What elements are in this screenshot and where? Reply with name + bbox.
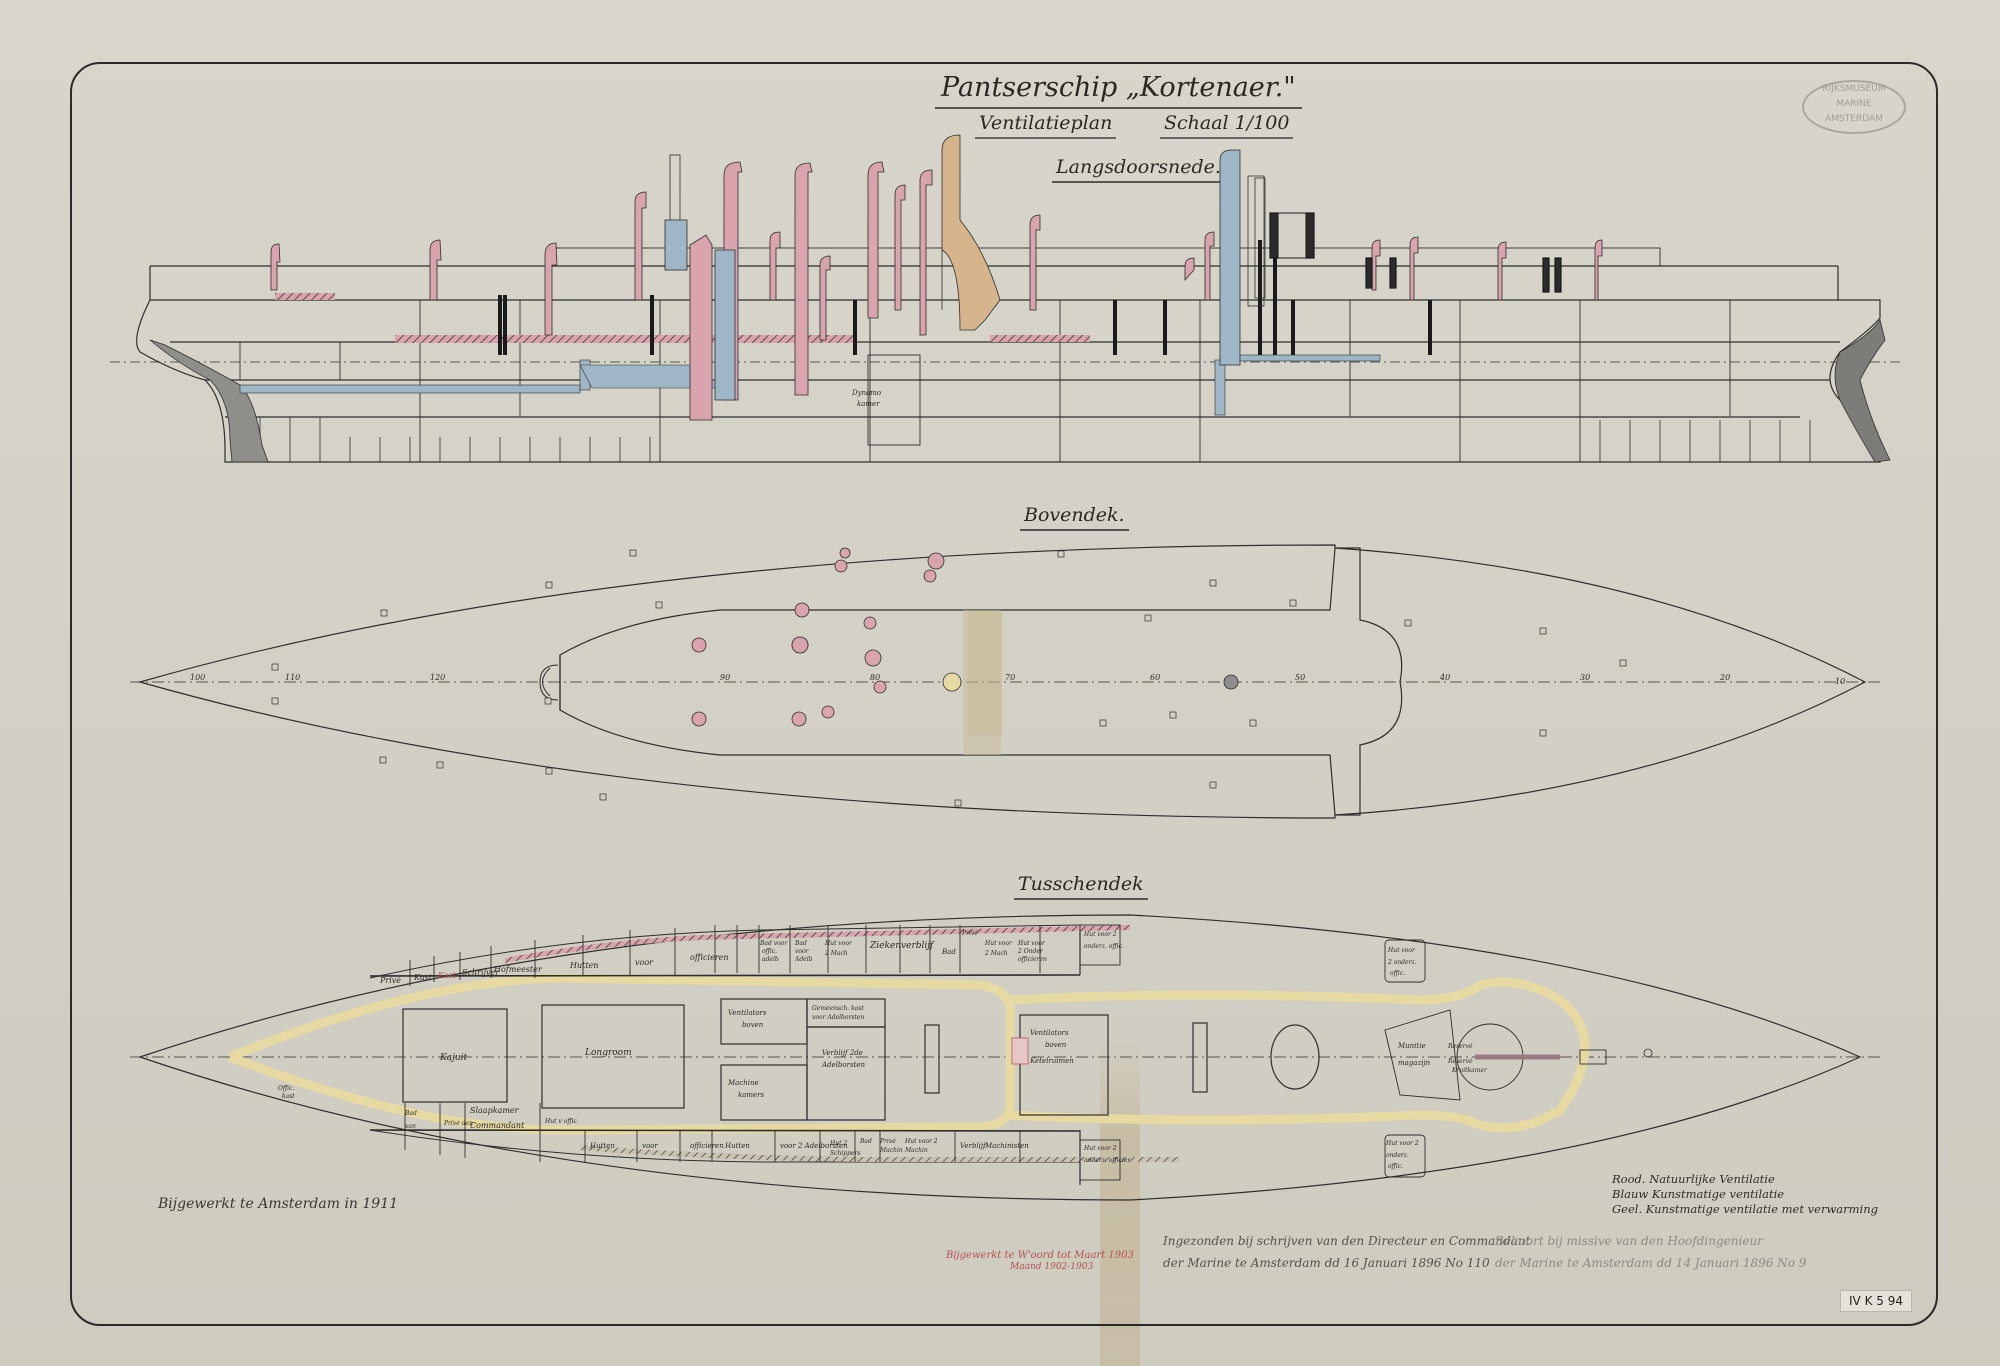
svg-text:Munitie: Munitie bbox=[1397, 1042, 1426, 1050]
svg-text:Bad: Bad bbox=[859, 1138, 872, 1145]
svg-text:Gemeensch. kast: Gemeensch. kast bbox=[812, 1005, 864, 1012]
ship-drawings: Dynamo kamer bbox=[0, 0, 2000, 1366]
svg-text:Reservé: Reservé bbox=[1447, 1043, 1473, 1050]
svg-text:boven: boven bbox=[1045, 1041, 1067, 1049]
svg-text:voor: voor bbox=[795, 948, 810, 955]
svg-text:10: 10 bbox=[1835, 677, 1845, 686]
svg-text:Hut voor 2: Hut voor 2 bbox=[1385, 1140, 1419, 1147]
svg-text:Bad voor: Bad voor bbox=[759, 940, 788, 947]
svg-text:70: 70 bbox=[1005, 673, 1015, 682]
svg-text:Schippers: Schippers bbox=[830, 1150, 860, 1157]
upper-deck-plan: 100 110120 9080 7060 5040 302010 bbox=[130, 545, 1880, 818]
between-deck-plan: PrivéKastKast SchrijverHofmeester Hutten… bbox=[130, 915, 1880, 1200]
svg-text:Hut voor 2: Hut voor 2 bbox=[1083, 931, 1117, 938]
svg-text:offic.: offic. bbox=[1388, 1163, 1403, 1170]
svg-text:Hut voor: Hut voor bbox=[1017, 940, 1046, 947]
legend-item-yellow: Geel. Kunstmatige ventilatie met verwarm… bbox=[1612, 1202, 1878, 1217]
submission-note-line2: der Marine te Amsterdam dd 16 Januari 18… bbox=[1163, 1256, 1490, 1270]
svg-text:120: 120 bbox=[430, 673, 445, 682]
svg-text:Slaapkamer: Slaapkamer bbox=[470, 1106, 520, 1115]
svg-text:van: van bbox=[405, 1123, 416, 1130]
svg-text:offic.: offic. bbox=[1390, 970, 1405, 977]
svg-text:50: 50 bbox=[1295, 673, 1305, 682]
svg-text:Ziekenverblijf: Ziekenverblijf bbox=[869, 941, 935, 951]
approval-note-line1: Behoort bij missive van den Hoofdingenie… bbox=[1495, 1234, 1763, 1248]
svg-text:officieren: officieren bbox=[690, 953, 729, 962]
svg-text:2 Onder: 2 Onder bbox=[1017, 948, 1044, 955]
svg-text:Bad: Bad bbox=[404, 1110, 417, 1117]
svg-text:2 Mach: 2 Mach bbox=[984, 950, 1008, 957]
svg-text:20: 20 bbox=[1719, 673, 1730, 682]
revision-note: Bijgewerkt te Amsterdam in 1911 bbox=[158, 1196, 398, 1212]
red-revision-note-2: Maand 1902-1903 bbox=[1010, 1262, 1093, 1272]
svg-text:onderz. offic.: onderz. offic. bbox=[1084, 943, 1124, 950]
svg-text:magazijn: magazijn bbox=[1398, 1059, 1431, 1067]
svg-text:Offic.: Offic. bbox=[278, 1085, 294, 1092]
svg-text:Ventilators: Ventilators bbox=[1030, 1029, 1069, 1037]
svg-text:Hutten: Hutten bbox=[724, 1142, 750, 1150]
svg-text:Hut v offic: Hut v offic bbox=[544, 1118, 577, 1125]
svg-text:Adelborsten: Adelborsten bbox=[821, 1061, 866, 1069]
longitudinal-section: Dynamo kamer bbox=[110, 135, 1900, 462]
svg-text:Privé: Privé bbox=[961, 930, 978, 937]
svg-text:Ketelruimen: Ketelruimen bbox=[1029, 1057, 1074, 1065]
color-legend: Rood. Natuurlijke Ventilatie Blauw Kunst… bbox=[1612, 1172, 1878, 1217]
station-label: 100 bbox=[190, 673, 205, 682]
red-revision-note: Bijgewerkt te W'oord tot Maart 1903 bbox=[946, 1250, 1134, 1261]
svg-text:kamers: kamers bbox=[738, 1091, 765, 1099]
svg-text:Machin: Machin bbox=[904, 1147, 928, 1154]
svg-text:Machine: Machine bbox=[727, 1079, 759, 1087]
svg-text:Hut voor: Hut voor bbox=[1387, 947, 1416, 954]
svg-text:Dynamo: Dynamo bbox=[851, 389, 881, 397]
catalog-label: IV K 5 94 bbox=[1840, 1290, 1912, 1312]
svg-text:adelb: adelb bbox=[762, 956, 779, 963]
svg-text:Hofmeester: Hofmeester bbox=[493, 965, 543, 974]
svg-text:Hut voor: Hut voor bbox=[824, 940, 853, 947]
svg-text:Machinisten: Machinisten bbox=[984, 1142, 1029, 1150]
svg-text:Hut voor: Hut voor bbox=[984, 940, 1013, 947]
svg-text:Bad: Bad bbox=[794, 940, 807, 947]
svg-text:40: 40 bbox=[1439, 673, 1450, 682]
svg-text:Kajuit: Kajuit bbox=[439, 1053, 468, 1063]
svg-text:Privé den: Privé den bbox=[443, 1120, 473, 1127]
svg-text:onderz.: onderz. bbox=[1386, 1152, 1409, 1159]
svg-text:kamer: kamer bbox=[857, 400, 880, 408]
svg-text:Adelb: Adelb bbox=[794, 956, 813, 963]
svg-text:110: 110 bbox=[285, 673, 300, 682]
svg-text:30: 30 bbox=[1580, 673, 1590, 682]
svg-text:80: 80 bbox=[870, 673, 880, 682]
svg-text:90: 90 bbox=[720, 673, 730, 682]
svg-text:voor: voor bbox=[642, 1142, 658, 1150]
svg-text:Privé: Privé bbox=[379, 976, 401, 985]
svg-text:Kast: Kast bbox=[437, 971, 457, 980]
svg-text:Longroom: Longroom bbox=[584, 1048, 632, 1058]
svg-text:Commandant: Commandant bbox=[470, 1121, 525, 1130]
svg-text:Bad: Bad bbox=[941, 948, 956, 956]
svg-text:Verblijf: Verblijf bbox=[960, 1142, 987, 1150]
approval-note-line2: der Marine te Amsterdam dd 14 Januari 18… bbox=[1495, 1256, 1806, 1270]
svg-text:2 onderz.: 2 onderz. bbox=[1387, 959, 1417, 966]
svg-text:2 Mach: 2 Mach bbox=[824, 950, 848, 957]
svg-text:Hut 2: Hut 2 bbox=[829, 1140, 847, 1147]
svg-text:onderz. officier: onderz. officier bbox=[1084, 1157, 1131, 1164]
svg-text:Hut voor 2: Hut voor 2 bbox=[1083, 1145, 1117, 1152]
svg-text:Reservé: Reservé bbox=[1447, 1058, 1473, 1065]
svg-text:60: 60 bbox=[1150, 673, 1160, 682]
svg-text:Hut voor 2: Hut voor 2 bbox=[904, 1138, 938, 1145]
legend-item-blue: Blauw Kunstmatige ventilatie bbox=[1612, 1187, 1878, 1202]
svg-text:voor: voor bbox=[635, 958, 654, 967]
svg-text:voor Adelborsten: voor Adelborsten bbox=[812, 1014, 864, 1021]
svg-text:Kast: Kast bbox=[413, 973, 433, 982]
submission-note-line1: Ingezonden bij schrijven van den Directe… bbox=[1163, 1234, 1530, 1248]
svg-text:Verblijf 2de: Verblijf 2de bbox=[822, 1049, 863, 1057]
svg-text:Hutten: Hutten bbox=[589, 1142, 615, 1150]
svg-text:Kruitkamer: Kruitkamer bbox=[1451, 1067, 1488, 1074]
svg-text:Machin: Machin bbox=[879, 1147, 903, 1154]
svg-text:boven: boven bbox=[742, 1021, 764, 1029]
svg-text:Ventilators: Ventilators bbox=[728, 1009, 767, 1017]
svg-text:offic.: offic. bbox=[762, 948, 777, 955]
legend-item-red: Rood. Natuurlijke Ventilatie bbox=[1612, 1172, 1878, 1187]
svg-text:officieren: officieren bbox=[690, 1142, 724, 1150]
svg-text:Privé: Privé bbox=[879, 1138, 896, 1145]
svg-text:kast: kast bbox=[282, 1093, 295, 1100]
svg-text:officieren: officieren bbox=[1018, 956, 1047, 963]
svg-text:Hutten: Hutten bbox=[569, 961, 598, 970]
